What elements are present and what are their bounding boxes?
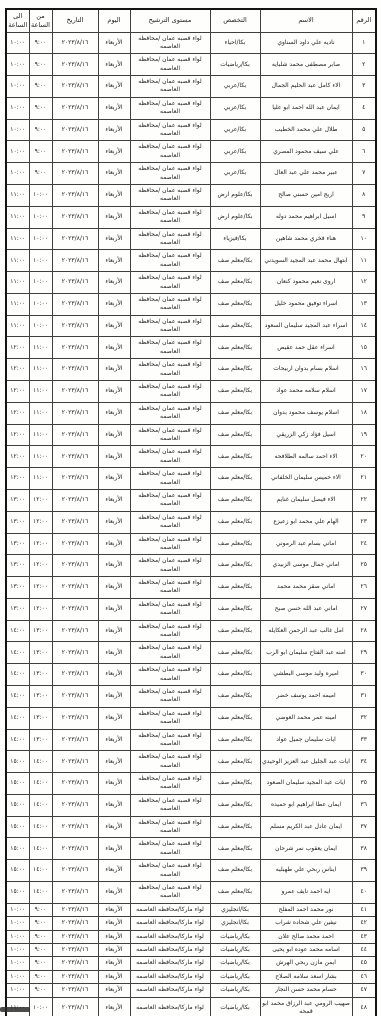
cell-number: ٢٣ [352,511,376,533]
interview-schedule-table: الرقم الاسم التخصص مستوى الترشيح اليوم ا… [5,8,377,1016]
cell-to-hour: ١٥:٠٠ [6,751,29,773]
cell-name: ايمان عبد الله احمد ابو عليا [260,97,352,119]
table-row: ٣٨ ايمان يعقوب نمر شرحان بكا/معلم صف لوا… [6,838,376,860]
cell-from-hour: ١١:٠٠ [29,402,52,424]
cell-number: ١٧ [352,381,376,403]
cell-from-hour: ٩:٠٠ [29,930,52,943]
cell-level: لواء قصبه عمان /محافظه العاصمه [130,54,210,76]
cell-name: هناء فخري محمد شاهين [260,228,352,250]
cell-day: الأربعاء [98,32,130,54]
cell-date: ٢٠٢٣/٨/١٦ [52,359,98,381]
cell-name: اسلام بسام بدوان اربيحات [260,359,352,381]
cell-from-hour: ١٢:٠٠ [29,598,52,620]
cell-day: الأربعاء [98,250,130,272]
cell-specialization: بكا/انجليزي [210,917,260,930]
cell-name: نيفين علي شحاده شراب [260,917,352,930]
table-row: ٣٠ اميره وليد موسى البطشي بكا/معلم صف لو… [6,664,376,686]
cell-level: لواء قصبه عمان /محافظه العاصمه [130,185,210,207]
table-row: ٢٦ اماني صقر محمد محمد بكا/معلم صف لواء … [6,577,376,599]
cell-to-hour: ١٣:٠٠ [6,511,29,533]
cell-to-hour: ١٠:٠٠ [6,32,29,54]
cell-level: لواء قصبه عمان /محافظه العاصمه [130,685,210,707]
cell-day: الأربعاء [98,97,130,119]
cell-day: الأربعاء [98,794,130,816]
cell-name: امل غالب عبد الرحمن العكايله [260,620,352,642]
cell-specialization: بكا/معلم صف [210,424,260,446]
table-row: ٧ عبير محمد علي عبد العال بكا/عربي لواء … [6,163,376,185]
cell-day: الأربعاء [98,337,130,359]
cell-day: الأربعاء [98,293,130,315]
cell-number: ٢٠ [352,446,376,468]
cell-from-hour: ١٠:٠٠ [29,293,52,315]
cell-date: ٢٠٢٣/٨/١٦ [52,119,98,141]
cell-number: ١٦ [352,359,376,381]
cell-specialization: بكا/معلم صف [210,707,260,729]
table-row: ١٦ اسلام بسام بدوان اربيحات بكا/معلم صف … [6,359,376,381]
cell-date: ٢٠٢٣/٨/١٦ [52,685,98,707]
cell-specialization: بكا/معلم صف [210,685,260,707]
cell-specialization: بكا/معلم صف [210,250,260,272]
cell-specialization: بكا/معلم صف [210,794,260,816]
cell-level: لواء قصبه عمان /محافظه العاصمه [130,228,210,250]
cell-number: ٣٤ [352,751,376,773]
table-row: ١١ ابتهال محمد عبد المجيد السويدني بكا/م… [6,250,376,272]
cell-to-hour: ١٤:٠٠ [6,729,29,751]
table-row: ١٢ اروى نعيم محمود كنعان بكا/معلم صف لوا… [6,272,376,294]
cell-from-hour: ١٤:٠٠ [29,794,52,816]
cell-date: ٢٠٢٣/٨/١٦ [52,402,98,424]
cell-from-hour: ١٣:٠٠ [29,707,52,729]
table-row: ٣٦ ايمان عطا ابراهيم ابو حميده بكا/معلم … [6,794,376,816]
cell-level: لواء ماركا/محافظه العاصمه [130,970,210,983]
cell-day: الأربعاء [98,943,130,956]
cell-number: ٣٠ [352,664,376,686]
cell-to-hour: ١٠:٠٠ [6,957,29,970]
cell-level: لواء قصبه عمان /محافظه العاصمه [130,577,210,599]
cell-from-hour: ٩:٠٠ [29,163,52,185]
cell-date: ٢٠٢٣/٨/١٦ [52,917,98,930]
cell-level: لواء ماركا/محافظه العاصمه [130,957,210,970]
table-row: ٣٧ ايمان عادل عبد الكريم مسلم بكا/معلم ص… [6,816,376,838]
cell-level: لواء قصبه عمان /محافظه العاصمه [130,729,210,751]
cell-date: ٢٠٢٣/٨/١٦ [52,185,98,207]
cell-date: ٢٠٢٣/٨/١٦ [52,555,98,577]
table-row: ٣٤ ايات عبد الجليل عبد العزيز الوحيدي بك… [6,751,376,773]
cell-to-hour: ١٣:٠٠ [6,555,29,577]
cell-date: ٢٠٢٣/٨/١٦ [52,997,98,1016]
cell-date: ٢٠٢٣/٨/١٦ [52,751,98,773]
cell-from-hour: ١١:٠٠ [29,468,52,490]
table-row: ٢٩ امنه عبد الفتاح سليمان ابو الرب بكا/م… [6,642,376,664]
cell-day: الأربعاء [98,773,130,795]
cell-name: ايات عبد المجيد سليمان الصعود [260,773,352,795]
cell-number: ٨ [352,185,376,207]
cell-from-hour: ١٢:٠٠ [29,577,52,599]
cell-date: ٢٠٢٣/٨/١٦ [52,838,98,860]
table-row: ٤٤ اسامه محمد عوده ابو يحيى بكا/رياضيات … [6,943,376,956]
cell-specialization: بكا/رياضيات [210,997,260,1016]
cell-from-hour: ١١:٠٠ [29,381,52,403]
cell-date: ٢٠٢٣/٨/١٦ [52,773,98,795]
cell-level: لواء قصبه عمان /محافظه العاصمه [130,293,210,315]
cell-specialization: بكا/علوم ارض [210,206,260,228]
header-from-hour: من الساعة [29,9,52,32]
cell-day: الأربعاء [98,402,130,424]
cell-to-hour: ١٥:٠٠ [6,816,29,838]
cell-specialization: بكا/معلم صف [210,337,260,359]
cell-day: الأربعاء [98,511,130,533]
cell-to-hour: ١٥:٠٠ [6,773,29,795]
cell-date: ٢٠٢٣/٨/١٦ [52,903,98,916]
cell-to-hour: ١٥:٠٠ [6,860,29,882]
cell-number: ٤٤ [352,943,376,956]
cell-date: ٢٠٢٣/٨/١٦ [52,957,98,970]
cell-from-hour: ١٤:٠٠ [29,838,52,860]
cell-number: ٢٥ [352,555,376,577]
cell-level: لواء قصبه عمان /محافظه العاصمه [130,598,210,620]
cell-from-hour: ٩:٠٠ [29,970,52,983]
cell-number: ٣ [352,76,376,98]
cell-level: لواء قصبه عمان /محافظه العاصمه [130,97,210,119]
cell-name: بشار اسعد سلامه الصلاح [260,970,352,983]
cell-date: ٢٠٢٣/٨/١٦ [52,860,98,882]
cell-day: الأربعاء [98,882,130,904]
cell-from-hour: ١٤:٠٠ [29,773,52,795]
cell-level: لواء قصبه عمان /محافظه العاصمه [130,816,210,838]
cell-date: ٢٠٢٣/٨/١٦ [52,882,98,904]
cell-specialization: بكا/معلم صف [210,773,260,795]
cell-day: الأربعاء [98,76,130,98]
scan-artifact [0,1007,30,1012]
cell-to-hour: ١٥:٠٠ [6,794,29,816]
cell-name: اسلام يوسف محمود بدوان [260,402,352,424]
cell-name: اروى نعيم محمود كنعان [260,272,352,294]
cell-to-hour: ١١:٠٠ [6,206,29,228]
cell-level: لواء قصبه عمان /محافظه العاصمه [130,402,210,424]
table-row: ١٥ اسراء عقل حمد عقيص بكا/معلم صف لواء ق… [6,337,376,359]
cell-level: لواء قصبه عمان /محافظه العاصمه [130,446,210,468]
cell-from-hour: ٩:٠٠ [29,76,52,98]
cell-name: طلال علي محمد الخطيب [260,119,352,141]
cell-to-hour: ١٢:٠٠ [6,337,29,359]
cell-level: لواء ماركا/محافظه العاصمه [130,903,210,916]
table-row: ٢ صابر مصطفى محمد شلبايه بكا/رياضيات لوا… [6,54,376,76]
cell-to-hour: ١١:٠٠ [6,293,29,315]
cell-number: ٤ [352,97,376,119]
cell-from-hour: ١٢:٠٠ [29,511,52,533]
cell-from-hour: ١٤:٠٠ [29,751,52,773]
table-row: ٥ طلال علي محمد الخطيب بكا/عربي لواء قصب… [6,119,376,141]
cell-to-hour: ١٠:٠٠ [6,141,29,163]
cell-level: لواء قصبه عمان /محافظه العاصمه [130,794,210,816]
cell-day: الأربعاء [98,729,130,751]
cell-name: ايه احمد نايف عمرو [260,882,352,904]
header-day: اليوم [98,9,130,32]
cell-from-hour: ٩:٠٠ [29,141,52,163]
cell-name: ايمن مازن ربحي الهرش [260,957,352,970]
cell-specialization: بكا/رياضيات [210,54,260,76]
cell-to-hour: ١٤:٠٠ [6,642,29,664]
cell-number: ٤٢ [352,917,376,930]
cell-to-hour: ١١:٠٠ [6,272,29,294]
cell-number: ١٣ [352,293,376,315]
cell-date: ٢٠٢٣/٨/١٦ [52,533,98,555]
cell-level: لواء قصبه عمان /محافظه العاصمه [130,32,210,54]
cell-day: الأربعاء [98,917,130,930]
cell-level: لواء قصبه عمان /محافظه العاصمه [130,359,210,381]
table-row: ٤٣ احمد محمد صالح علان بكا/رياضيات لواء … [6,930,376,943]
cell-to-hour: ١٢:٠٠ [6,424,29,446]
table-row: ٢٣ الهام علي محمد ابو زعيزع بكا/معلم صف … [6,511,376,533]
cell-day: الأربعاء [98,359,130,381]
cell-level: لواء قصبه عمان /محافظه العاصمه [130,642,210,664]
cell-from-hour: ١٤:٠٠ [29,882,52,904]
cell-level: لواء ماركا/محافظه العاصمه [130,917,210,930]
table-row: ١٩ اسيل فؤاد زكي الزريقي بكا/معلم صف لوا… [6,424,376,446]
cell-day: الأربعاء [98,930,130,943]
cell-to-hour: ١٠:٠٠ [6,97,29,119]
table-row: ١ ناديه علي داود السناوي بكا/احياء لواء … [6,32,376,54]
cell-to-hour: ١٠:٠٠ [6,163,29,185]
cell-number: ٤٣ [352,930,376,943]
table-row: ٨ اريج امين حسني صالح بكا/علوم ارض لواء … [6,185,376,207]
cell-from-hour: ٩:٠٠ [29,97,52,119]
cell-date: ٢٠٢٣/٨/١٦ [52,970,98,983]
cell-number: ٣٢ [352,707,376,729]
cell-name: اسراء عقل حمد عقيص [260,337,352,359]
cell-level: لواء قصبه عمان /محافظه العاصمه [130,337,210,359]
table-row: ٢٧ اماني عبد الله حسن صبح بكا/معلم صف لو… [6,598,376,620]
cell-to-hour: ١٠:٠٠ [6,903,29,916]
cell-number: ١٨ [352,402,376,424]
cell-specialization: بكا/معلم صف [210,315,260,337]
cell-specialization: بكا/معلم صف [210,293,260,315]
cell-to-hour: ١٤:٠٠ [6,620,29,642]
cell-level: لواء قصبه عمان /محافظه العاصمه [130,424,210,446]
cell-to-hour: ١٠:٠٠ [6,917,29,930]
cell-name: ايات سليمان جميل عواد [260,729,352,751]
cell-specialization: بكا/عربي [210,97,260,119]
cell-day: الأربعاء [98,315,130,337]
cell-name: احمد محمد صالح علان [260,930,352,943]
cell-day: الأربعاء [98,838,130,860]
cell-number: ٣٦ [352,794,376,816]
cell-level: لواء قصبه عمان /محافظه العاصمه [130,773,210,795]
cell-date: ٢٠٢٣/٨/١٦ [52,943,98,956]
cell-day: الأربعاء [98,642,130,664]
cell-name: ناديه علي داود السناوي [260,32,352,54]
cell-name: اسيل ابراهيم محمد دوله [260,206,352,228]
document-page: الرقم الاسم التخصص مستوى الترشيح اليوم ا… [0,0,381,1016]
cell-level: لواء قصبه عمان /محافظه العاصمه [130,206,210,228]
cell-date: ٢٠٢٣/٨/١٦ [52,620,98,642]
cell-to-hour: ١٠:٠٠ [6,970,29,983]
cell-to-hour: ١٠:٠٠ [6,984,29,997]
cell-day: الأربعاء [98,54,130,76]
cell-from-hour: ١٠:٠٠ [29,997,52,1016]
cell-to-hour: ١٠:٠٠ [6,930,29,943]
cell-day: الأربعاء [98,997,130,1016]
cell-specialization: بكا/معلم صف [210,381,260,403]
cell-number: ٢ [352,54,376,76]
cell-to-hour: ١١:٠٠ [6,315,29,337]
table-row: ٣٣ ايات سليمان جميل عواد بكا/معلم صف لوا… [6,729,376,751]
cell-number: ١٢ [352,272,376,294]
cell-day: الأربعاء [98,228,130,250]
cell-to-hour: ١٠:٠٠ [6,119,29,141]
cell-name: نور محمد احمد المفلح [260,903,352,916]
cell-from-hour: ٩:٠٠ [29,119,52,141]
cell-level: لواء قصبه عمان /محافظه العاصمه [130,381,210,403]
cell-number: ٢٩ [352,642,376,664]
table-row: ١٣ اسراء توفيق محمود خليل بكا/معلم صف لو… [6,293,376,315]
cell-day: الأربعاء [98,533,130,555]
cell-name: اريج امين حسني صالح [260,185,352,207]
cell-date: ٢٠٢٣/٨/١٦ [52,337,98,359]
header-name: الاسم [260,9,352,32]
cell-from-hour: ١٠:٠٠ [29,272,52,294]
cell-number: ٢٦ [352,577,376,599]
cell-from-hour: ١٢:٠٠ [29,489,52,511]
cell-specialization: بكا/معلم صف [210,446,260,468]
cell-to-hour: ١٤:٠٠ [6,707,29,729]
cell-to-hour: ١١:٠٠ [6,228,29,250]
cell-name: اماني صقر محمد محمد [260,577,352,599]
cell-from-hour: ١٣:٠٠ [29,685,52,707]
cell-from-hour: ١٠:٠٠ [29,185,52,207]
table-row: ٤٦ بشار اسعد سلامه الصلاح بكا/رياضيات لو… [6,970,376,983]
table-row: ٢٠ الاء احمد سالمه الطلافحه بكا/معلم صف … [6,446,376,468]
cell-day: الأربعاء [98,957,130,970]
cell-name: صابر مصطفى محمد شلبايه [260,54,352,76]
cell-level: لواء قصبه عمان /محافظه العاصمه [130,315,210,337]
cell-from-hour: ١٤:٠٠ [29,860,52,882]
cell-specialization: بكا/معلم صف [210,620,260,642]
cell-date: ٢٠٢٣/٨/١٦ [52,642,98,664]
cell-day: الأربعاء [98,816,130,838]
cell-level: لواء قصبه عمان /محافظه العاصمه [130,882,210,904]
cell-from-hour: ١١:٠٠ [29,359,52,381]
cell-day: الأربعاء [98,185,130,207]
cell-day: الأربعاء [98,903,130,916]
cell-specialization: بكا/معلم صف [210,860,260,882]
cell-name: اسراء عبد المجيد سليمان السعود [260,315,352,337]
cell-to-hour: ١٥:٠٠ [6,882,29,904]
cell-number: ١٥ [352,337,376,359]
cell-specialization: بكا/معلم صف [210,642,260,664]
cell-specialization: بكا/معلم صف [210,729,260,751]
cell-level: لواء قصبه عمان /محافظه العاصمه [130,119,210,141]
cell-from-hour: ٩:٠٠ [29,943,52,956]
cell-number: ٣٩ [352,860,376,882]
table-row: ٤١ نور محمد احمد المفلح بكا/انجليزي لواء… [6,903,376,916]
cell-specialization: بكا/معلم صف [210,359,260,381]
header-specialization: التخصص [210,9,260,32]
cell-number: ٢٧ [352,598,376,620]
cell-from-hour: ١٣:٠٠ [29,642,52,664]
cell-specialization: بكا/معلم صف [210,577,260,599]
cell-date: ٢٠٢٣/٨/١٦ [52,141,98,163]
table-row: ٦ علي سيف محمود المصري بكا/عربي لواء قصب… [6,141,376,163]
cell-specialization: بكا/انجليزي [210,903,260,916]
cell-from-hour: ١٠:٠٠ [29,315,52,337]
cell-date: ٢٠٢٣/٨/١٦ [52,664,98,686]
cell-specialization: بكا/رياضيات [210,970,260,983]
table-row: ٣ الاء كامل عبد الحليم الجمال بكا/عربي ل… [6,76,376,98]
cell-day: الأربعاء [98,446,130,468]
cell-level: لواء قصبه عمان /محافظه العاصمه [130,664,210,686]
cell-day: الأربعاء [98,685,130,707]
cell-date: ٢٠٢٣/٨/١٦ [52,707,98,729]
cell-from-hour: ١٣:٠٠ [29,620,52,642]
cell-number: ٢٢ [352,489,376,511]
cell-specialization: بكا/معلم صف [210,402,260,424]
cell-date: ٢٠٢٣/٨/١٦ [52,816,98,838]
table-row: ٣١ اميمه احمد يوسف خضر بكا/معلم صف لواء … [6,685,376,707]
cell-name: الاء احمد سالمه الطلافحه [260,446,352,468]
cell-from-hour: ٩:٠٠ [29,957,52,970]
cell-level: لواء قصبه عمان /محافظه العاصمه [130,250,210,272]
cell-number: ٣٥ [352,773,376,795]
cell-date: ٢٠٢٣/٨/١٦ [52,381,98,403]
cell-day: الأربعاء [98,751,130,773]
cell-date: ٢٠٢٣/٨/١٦ [52,511,98,533]
cell-to-hour: ١٣:٠٠ [6,577,29,599]
table-row: ٢٢ الاء فيصل سليمان غنايم بكا/معلم صف لو… [6,489,376,511]
cell-from-hour: ٩:٠٠ [29,917,52,930]
cell-name: الهام علي محمد ابو زعيزع [260,511,352,533]
cell-specialization: بكا/رياضيات [210,957,260,970]
cell-from-hour: ٩:٠٠ [29,984,52,997]
cell-from-hour: ١٢:٠٠ [29,533,52,555]
cell-name: صهيب الرومي عبد الرزاق محمد ابو قمحه [260,997,352,1016]
cell-name: اسلام سلامه محمد عواد [260,381,352,403]
cell-to-hour: ١٠:٠٠ [6,54,29,76]
cell-number: ١١ [352,250,376,272]
cell-specialization: بكا/عربي [210,76,260,98]
cell-number: ٣٧ [352,816,376,838]
cell-day: الأربعاء [98,381,130,403]
cell-to-hour: ١٤:٠٠ [6,685,29,707]
cell-name: عبير محمد علي عبد العال [260,163,352,185]
cell-specialization: بكا/رياضيات [210,943,260,956]
cell-to-hour: ١٢:٠٠ [6,402,29,424]
cell-to-hour: ١٠:٠٠ [6,76,29,98]
cell-level: لواء ماركا/محافظه العاصمه [130,984,210,997]
cell-to-hour: ١٣:٠٠ [6,489,29,511]
cell-level: لواء قصبه عمان /محافظه العاصمه [130,751,210,773]
cell-level: لواء قصبه عمان /محافظه العاصمه [130,838,210,860]
cell-specialization: بكا/معلم صف [210,882,260,904]
cell-level: لواء ماركا/محافظه العاصمه [130,943,210,956]
cell-day: الأربعاء [98,163,130,185]
cell-specialization: بكا/معلم صف [210,598,260,620]
cell-date: ٢٠٢٣/٨/١٦ [52,272,98,294]
cell-date: ٢٠٢٣/٨/١٦ [52,424,98,446]
cell-number: ٤١ [352,903,376,916]
cell-name: ايناس ربحي علي طهبليه [260,860,352,882]
cell-from-hour: ٩:٠٠ [29,54,52,76]
cell-number: ٢٤ [352,533,376,555]
cell-day: الأربعاء [98,555,130,577]
cell-name: ايمان يعقوب نمر شرحان [260,838,352,860]
cell-from-hour: ١٢:٠٠ [29,555,52,577]
cell-day: الأربعاء [98,860,130,882]
cell-level: لواء قصبه عمان /محافظه العاصمه [130,76,210,98]
cell-from-hour: ١٣:٠٠ [29,664,52,686]
cell-from-hour: ١١:٠٠ [29,424,52,446]
cell-name: الاء فيصل سليمان غنايم [260,489,352,511]
